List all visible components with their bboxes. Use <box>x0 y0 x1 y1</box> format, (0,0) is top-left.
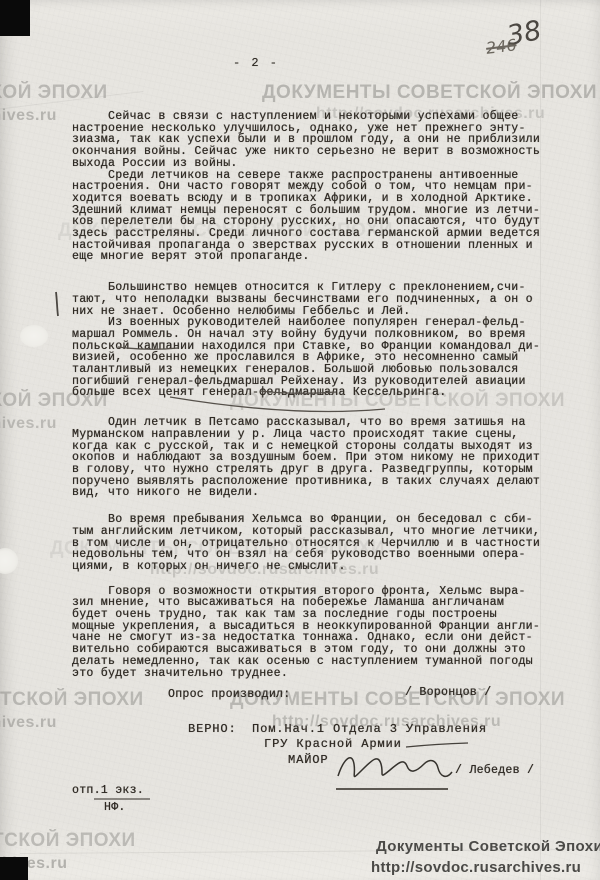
copies-note: отп.1 экз. <box>72 784 144 797</box>
watermark-brand: ДОКУМЕНТЫ СОВЕТСКОЙ ЭПОХИ <box>262 82 597 104</box>
certifier-rank: МАЙОР <box>288 753 329 767</box>
scan-corner-black-top-left <box>0 0 30 36</box>
paragraph: Один летчик в Петсамо рассказывал, что в… <box>72 417 564 499</box>
paragraph: Большинство немцев относится к Гитлеру с… <box>72 282 564 317</box>
typist-initials: НФ. <box>104 801 126 814</box>
watermark-brand-partial: ТСКОЙ ЭПОХИ <box>0 830 136 852</box>
watermark-url-partial: archives.ru <box>0 714 57 732</box>
watermark-brand-partial: ТСКОЙ ЭПОХИ <box>0 689 144 711</box>
document-body: Сейчас в связи с наступлением и некоторы… <box>72 111 564 679</box>
scanned-document-page: ТСКОЙ ЭПОХИ ДОКУМЕНТЫ СОВЕТСКОЙ ЭПОХИ ar… <box>0 0 600 880</box>
watermark-brand-partial: ТСКОЙ ЭПОХИ <box>0 82 108 104</box>
watermark-url-partial: archives.ru <box>0 415 57 433</box>
signature-handwritten <box>338 758 452 777</box>
interviewer-line-label: Опрос производил: <box>168 688 290 701</box>
scan-corner-black-bottom-left <box>0 857 28 880</box>
hole-punch-mark <box>0 548 18 574</box>
margin-pen-mark <box>56 292 58 316</box>
paragraph: Из военных руководителей наиболее популя… <box>72 317 564 399</box>
paragraph: Во время пребывания Хельмса во Франции, … <box>72 514 564 573</box>
paragraph: Среди летчиков на севере также распростр… <box>72 170 564 264</box>
page-number: - 2 - <box>233 56 279 70</box>
pen-flourish <box>406 743 468 747</box>
paragraph: Говоря о возможности открытия второго фр… <box>72 586 564 680</box>
certification-label: ВЕРНО: <box>188 722 237 736</box>
certifier-position-line2: ГРУ Красной Армии <box>264 737 402 751</box>
hole-punch-mark <box>20 325 48 347</box>
certifier-position-line1: Пом.Нач.1 Отдела 3 Управления <box>252 722 487 736</box>
watermark-url-partial: archives.ru <box>0 107 57 125</box>
interviewer-name: / Воронцов / <box>405 686 491 699</box>
crossed-folio-number: 246 <box>485 35 518 58</box>
certifier-name: / Лебедев / <box>455 764 534 777</box>
paragraph: Сейчас в связи с наступлением и некоторы… <box>72 111 564 170</box>
footer-watermark-url: http://sovdoc.rusarchives.ru <box>371 859 581 876</box>
footer-watermark-brand: Документы Советской Эпохи <box>376 838 600 855</box>
